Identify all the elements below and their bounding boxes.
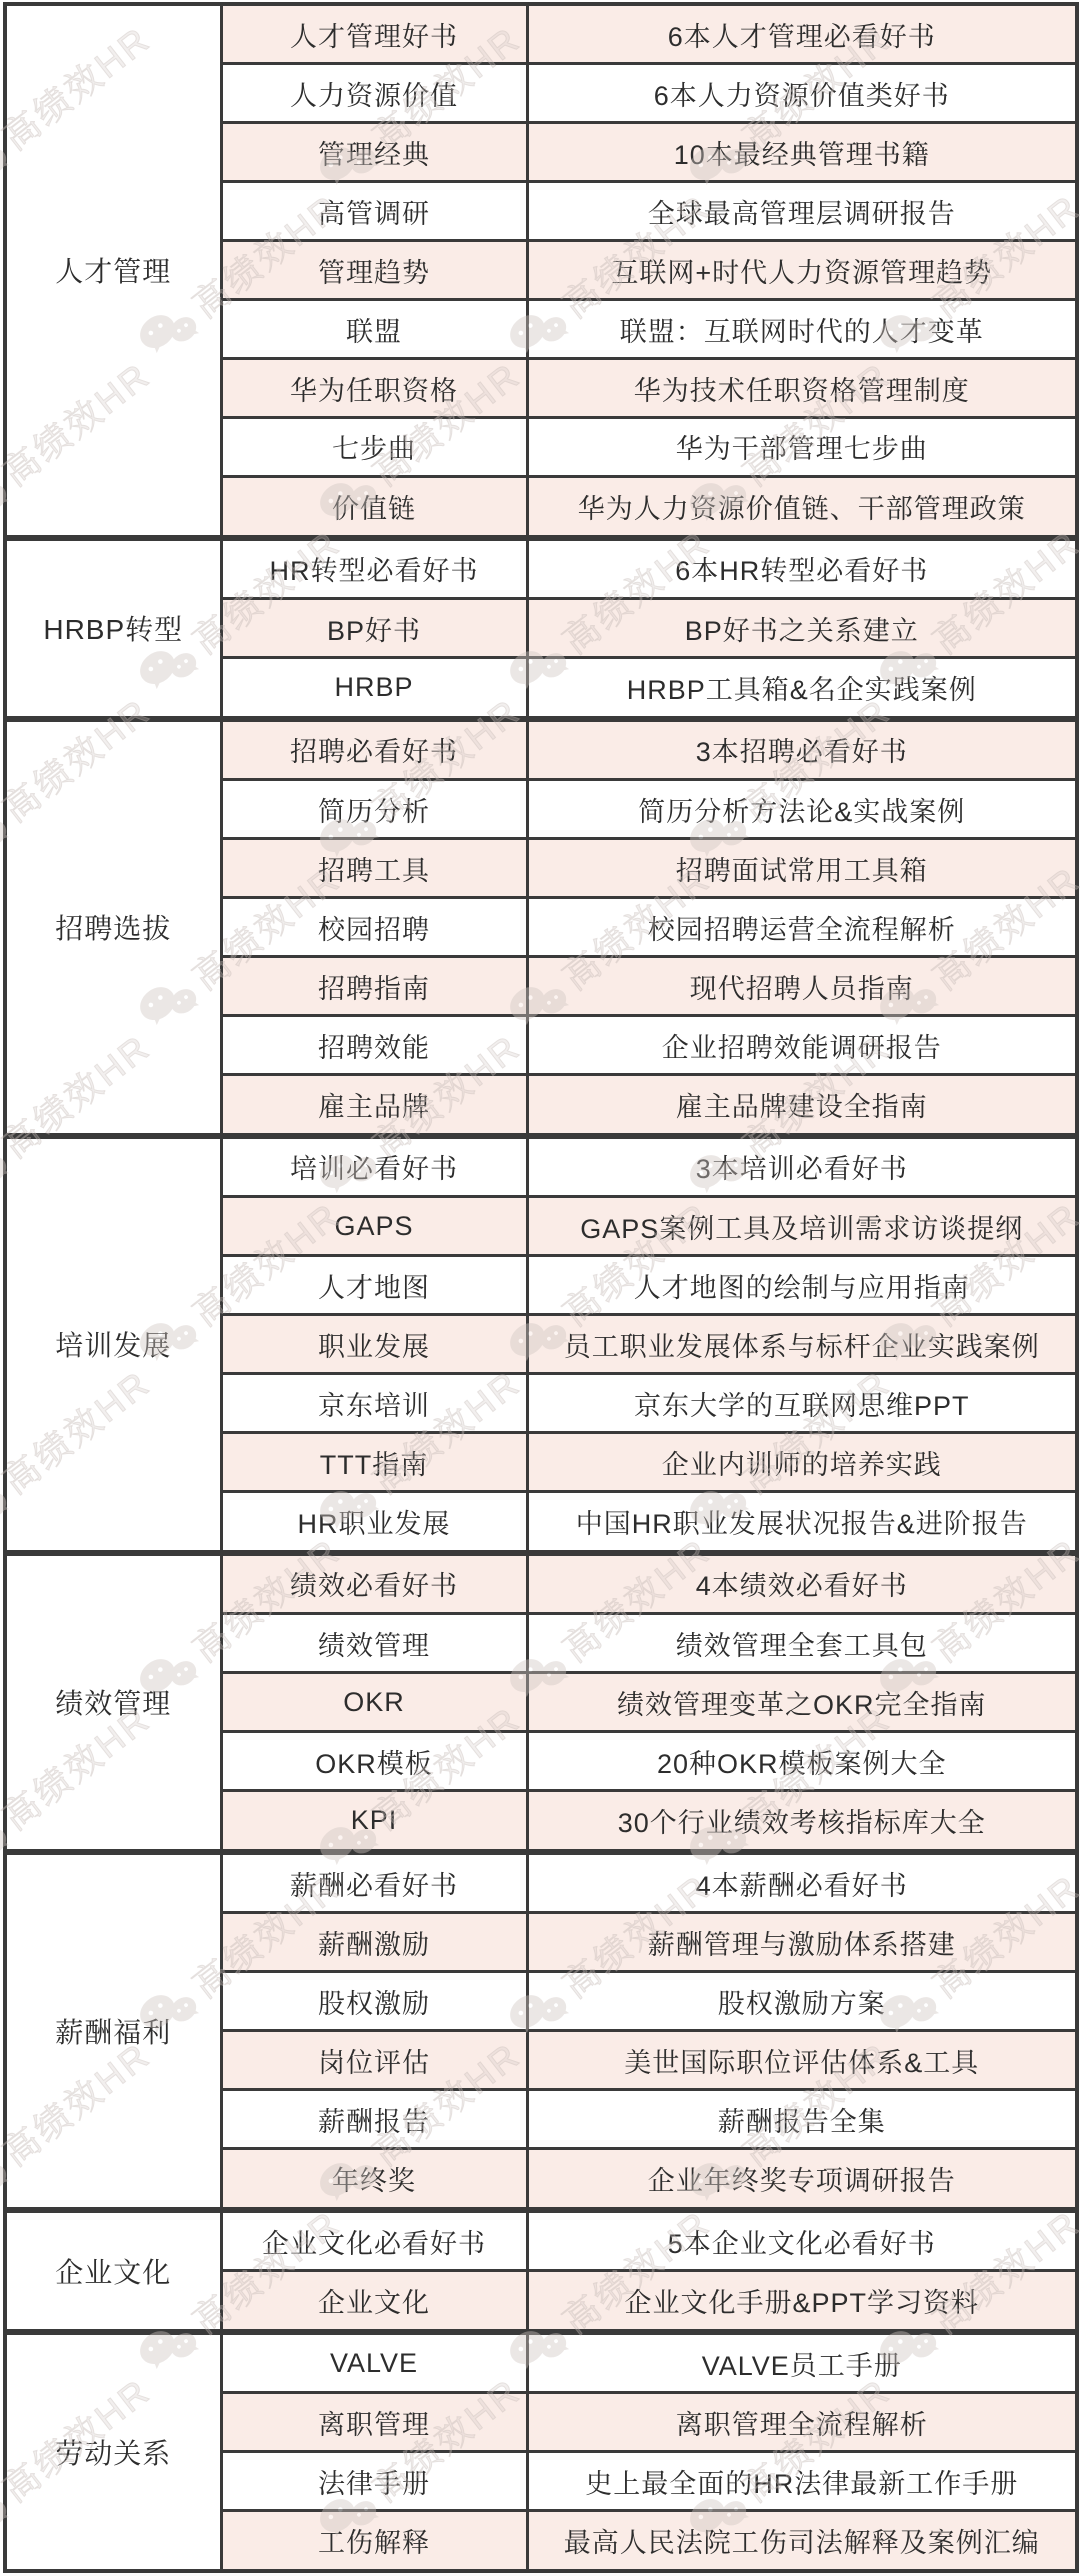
keyword-cell: HRBP bbox=[221, 658, 527, 719]
description-cell: 绩效管理全套工具包 bbox=[527, 1614, 1077, 1673]
keyword-cell: 职业发展 bbox=[221, 1315, 527, 1374]
table-row: 劳动关系VALVEVALVE员工手册 bbox=[5, 2332, 1077, 2393]
keyword-cell: 雇主品牌 bbox=[221, 1075, 527, 1136]
table-row: 培训发展培训必看好书3本培训必看好书 bbox=[5, 1136, 1077, 1197]
category-cell: 企业文化 bbox=[5, 2210, 221, 2332]
keyword-cell: HR转型必看好书 bbox=[221, 538, 527, 599]
keyword-cell: 法律手册 bbox=[221, 2452, 527, 2511]
keyword-cell: 七步曲 bbox=[221, 417, 527, 476]
description-cell: 20种OKR模板案例大全 bbox=[527, 1732, 1077, 1791]
keyword-cell: 企业文化必看好书 bbox=[221, 2210, 527, 2271]
description-cell: 员工职业发展体系与标杆企业实践案例 bbox=[527, 1315, 1077, 1374]
keyword-cell: 绩效管理 bbox=[221, 1614, 527, 1673]
keyword-cell: 薪酬激励 bbox=[221, 1913, 527, 1972]
description-cell: 企业年终奖专项调研报告 bbox=[527, 2149, 1077, 2210]
description-cell: 现代招聘人员指南 bbox=[527, 957, 1077, 1016]
keyword-cell: HR职业发展 bbox=[221, 1492, 527, 1553]
category-cell: 人才管理 bbox=[5, 4, 221, 538]
keyword-cell: 岗位评估 bbox=[221, 2031, 527, 2090]
description-cell: 企业内训师的培养实践 bbox=[527, 1433, 1077, 1492]
keyword-cell: 京东培训 bbox=[221, 1374, 527, 1433]
description-cell: 史上最全面的HR法律最新工作手册 bbox=[527, 2452, 1077, 2511]
description-cell: 5本企业文化必看好书 bbox=[527, 2210, 1077, 2271]
keyword-cell: BP好书 bbox=[221, 599, 527, 658]
keyword-cell: 人才地图 bbox=[221, 1256, 527, 1315]
description-cell: GAPS案例工具及培训需求访谈提纲 bbox=[527, 1197, 1077, 1256]
resource-table-body: 人才管理人才管理好书6本人才管理必看好书人力资源价值6本人力资源价值类好书管理经… bbox=[5, 4, 1077, 2571]
keyword-cell: OKR模板 bbox=[221, 1732, 527, 1791]
description-cell: 10本最经典管理书籍 bbox=[527, 123, 1077, 182]
keyword-cell: 培训必看好书 bbox=[221, 1136, 527, 1197]
description-cell: 京东大学的互联网思维PPT bbox=[527, 1374, 1077, 1433]
keyword-cell: 薪酬必看好书 bbox=[221, 1852, 527, 1913]
description-cell: 6本人才管理必看好书 bbox=[527, 4, 1077, 64]
category-cell: 招聘选拔 bbox=[5, 719, 221, 1136]
table-row: 人才管理人才管理好书6本人才管理必看好书 bbox=[5, 4, 1077, 64]
keyword-cell: 华为任职资格 bbox=[221, 359, 527, 418]
description-cell: 校园招聘运营全流程解析 bbox=[527, 898, 1077, 957]
description-cell: 华为技术任职资格管理制度 bbox=[527, 359, 1077, 418]
keyword-cell: 管理经典 bbox=[221, 123, 527, 182]
description-cell: BP好书之关系建立 bbox=[527, 599, 1077, 658]
category-cell: 绩效管理 bbox=[5, 1553, 221, 1852]
description-cell: 简历分析方法论&实战案例 bbox=[527, 780, 1077, 839]
keyword-cell: 股权激励 bbox=[221, 1972, 527, 2031]
hr-resource-table: 人才管理人才管理好书6本人才管理必看好书人力资源价值6本人力资源价值类好书管理经… bbox=[0, 0, 1080, 2575]
keyword-cell: 校园招聘 bbox=[221, 898, 527, 957]
description-cell: 华为人力资源价值链、干部管理政策 bbox=[527, 476, 1077, 537]
description-cell: 企业招聘效能调研报告 bbox=[527, 1016, 1077, 1075]
description-cell: 6本HR转型必看好书 bbox=[527, 538, 1077, 599]
keyword-cell: 价值链 bbox=[221, 476, 527, 537]
description-cell: 30个行业绩效考核指标库大全 bbox=[527, 1791, 1077, 1852]
description-cell: 3本招聘必看好书 bbox=[527, 719, 1077, 780]
table-row: 招聘选拔招聘必看好书3本招聘必看好书 bbox=[5, 719, 1077, 780]
keyword-cell: 高管调研 bbox=[221, 182, 527, 241]
description-cell: 最高人民法院工伤司法解释及案例汇编 bbox=[527, 2511, 1077, 2571]
table-row: HRBP转型HR转型必看好书6本HR转型必看好书 bbox=[5, 538, 1077, 599]
keyword-cell: OKR bbox=[221, 1673, 527, 1732]
keyword-cell: 离职管理 bbox=[221, 2393, 527, 2452]
table-row: 企业文化企业文化必看好书5本企业文化必看好书 bbox=[5, 2210, 1077, 2271]
keyword-cell: 简历分析 bbox=[221, 780, 527, 839]
keyword-cell: 人力资源价值 bbox=[221, 64, 527, 123]
description-cell: 华为干部管理七步曲 bbox=[527, 417, 1077, 476]
description-cell: 薪酬报告全集 bbox=[527, 2090, 1077, 2149]
description-cell: 离职管理全流程解析 bbox=[527, 2393, 1077, 2452]
resource-table: 人才管理人才管理好书6本人才管理必看好书人力资源价值6本人力资源价值类好书管理经… bbox=[3, 2, 1079, 2573]
keyword-cell: 管理趋势 bbox=[221, 241, 527, 300]
description-cell: 股权激励方案 bbox=[527, 1972, 1077, 2031]
keyword-cell: 招聘效能 bbox=[221, 1016, 527, 1075]
keyword-cell: 企业文化 bbox=[221, 2271, 527, 2332]
description-cell: 3本培训必看好书 bbox=[527, 1136, 1077, 1197]
keyword-cell: TTT指南 bbox=[221, 1433, 527, 1492]
category-cell: 薪酬福利 bbox=[5, 1852, 221, 2210]
table-row: 绩效管理绩效必看好书4本绩效必看好书 bbox=[5, 1553, 1077, 1614]
keyword-cell: 工伤解释 bbox=[221, 2511, 527, 2571]
keyword-cell: 招聘工具 bbox=[221, 839, 527, 898]
description-cell: 互联网+时代人力资源管理趋势 bbox=[527, 241, 1077, 300]
keyword-cell: 年终奖 bbox=[221, 2149, 527, 2210]
category-cell: 培训发展 bbox=[5, 1136, 221, 1553]
keyword-cell: 薪酬报告 bbox=[221, 2090, 527, 2149]
keyword-cell: VALVE bbox=[221, 2332, 527, 2393]
description-cell: HRBP工具箱&名企实践案例 bbox=[527, 658, 1077, 719]
category-cell: 劳动关系 bbox=[5, 2332, 221, 2571]
description-cell: 绩效管理变革之OKR完全指南 bbox=[527, 1673, 1077, 1732]
description-cell: 4本绩效必看好书 bbox=[527, 1553, 1077, 1614]
keyword-cell: 人才管理好书 bbox=[221, 4, 527, 64]
keyword-cell: 绩效必看好书 bbox=[221, 1553, 527, 1614]
category-cell: HRBP转型 bbox=[5, 538, 221, 719]
keyword-cell: 招聘指南 bbox=[221, 957, 527, 1016]
description-cell: VALVE员工手册 bbox=[527, 2332, 1077, 2393]
description-cell: 人才地图的绘制与应用指南 bbox=[527, 1256, 1077, 1315]
description-cell: 招聘面试常用工具箱 bbox=[527, 839, 1077, 898]
table-row: 薪酬福利薪酬必看好书4本薪酬必看好书 bbox=[5, 1852, 1077, 1913]
description-cell: 全球最高管理层调研报告 bbox=[527, 182, 1077, 241]
keyword-cell: GAPS bbox=[221, 1197, 527, 1256]
description-cell: 美世国际职位评估体系&工具 bbox=[527, 2031, 1077, 2090]
description-cell: 6本人力资源价值类好书 bbox=[527, 64, 1077, 123]
keyword-cell: 招聘必看好书 bbox=[221, 719, 527, 780]
description-cell: 企业文化手册&PPT学习资料 bbox=[527, 2271, 1077, 2332]
keyword-cell: KPI bbox=[221, 1791, 527, 1852]
description-cell: 联盟：互联网时代的人才变革 bbox=[527, 300, 1077, 359]
description-cell: 雇主品牌建设全指南 bbox=[527, 1075, 1077, 1136]
keyword-cell: 联盟 bbox=[221, 300, 527, 359]
description-cell: 薪酬管理与激励体系搭建 bbox=[527, 1913, 1077, 1972]
description-cell: 中国HR职业发展状况报告&进阶报告 bbox=[527, 1492, 1077, 1553]
description-cell: 4本薪酬必看好书 bbox=[527, 1852, 1077, 1913]
